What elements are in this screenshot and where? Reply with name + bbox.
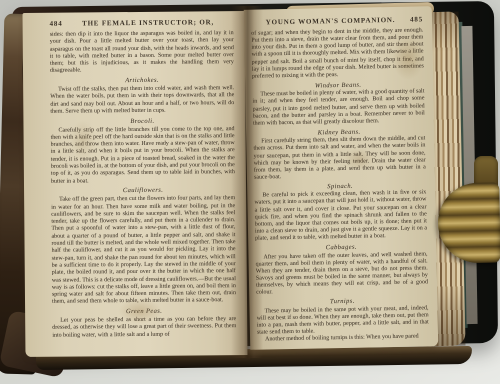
paragraph: sides: then dip it into the liquor the a… (50, 30, 234, 75)
left-running-title: THE FEMALE INSTRUCTOR; OR, (62, 18, 233, 27)
left-page-number: 484 (50, 20, 63, 28)
paragraph: These must be boiled in plenty of water,… (252, 89, 425, 128)
right-page: YOUNG WOMAN'S COMPANION. 485 of sugar; a… (244, 6, 438, 350)
section-heading: Brocoli. (50, 117, 234, 126)
right-page-number: 485 (410, 15, 423, 23)
left-page-body: sides: then dip it into the liquor the a… (50, 30, 237, 339)
gutter-shadow (231, 6, 263, 358)
right-page-body: of sugar; and when they begin to dent in… (251, 27, 429, 344)
paragraph: Take off the green part, then cut the fl… (51, 195, 236, 306)
paragraph: After you have taken off the outer leave… (255, 251, 428, 297)
paragraph: Twist off the stalks, then put them into… (50, 85, 234, 116)
right-page-header: YOUNG WOMAN'S COMPANION. 485 (251, 15, 423, 26)
section-heading: Cauliflowers. (51, 187, 235, 196)
book-photo: 484 THE FEMALE INSTRUCTOR; OR, sides: th… (0, 0, 500, 384)
right-running-title: YOUNG WOMAN'S COMPANION. (251, 16, 410, 27)
paragraph: Carefully strip off the little branches … (51, 126, 236, 186)
paragraph: These may be boiled in the same pot with… (256, 305, 429, 337)
paragraph: Another method of boiling turnips is thi… (257, 334, 429, 344)
paragraph: of sugar; and when they begin to dent in… (251, 27, 424, 80)
left-page: 484 THE FEMALE INSTRUCTOR; OR, sides: th… (23, 11, 248, 357)
paragraph: Let your peas be shelled as short a time… (52, 316, 236, 339)
section-heading: Artichokes. (50, 76, 234, 85)
paragraph: Be careful to pick it exceeding clean, t… (254, 190, 427, 243)
left-page-header: 484 THE FEMALE INSTRUCTOR; OR, (50, 18, 234, 28)
section-heading: Green Peas. (52, 307, 236, 316)
paragraph: First carefully string them, then slit t… (253, 136, 426, 182)
